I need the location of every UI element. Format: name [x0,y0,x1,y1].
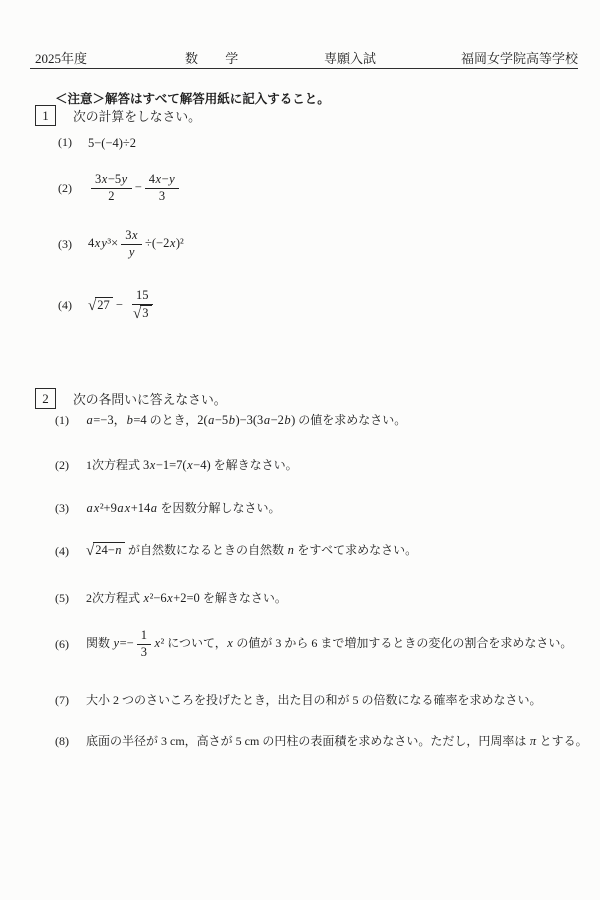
math-run: a=−3，b=4 [86,413,147,427]
text-run: 2次方程式 [86,591,143,605]
section-1-title: 次の計算をしなさい。 [73,106,201,125]
fraction-denominator: √3 [129,305,155,325]
problem-label: (3) [58,236,88,253]
sqrt-expression: √27 [88,298,113,312]
problem-expression: 5−(−4)÷2 [88,134,136,152]
text-run: 1次方程式 [86,458,143,472]
fraction: 4x−y3 [145,171,179,206]
exam-paper-page: 2025年度 数 学 専願入試 福岡女学院高等学校 ＜注意＞解答はすべて解答用紙… [0,0,600,900]
math-run: 2(a−5b)−3(3a−2b) [197,413,295,427]
section-2-heading: 2 次の各問いに答えなさい。 [35,388,227,409]
problem-row: (8)底面の半径が 3 cm，高さが 5 cm の円柱の表面積を求めなさい。ただ… [55,732,592,750]
fraction: 3xy [121,227,142,262]
math-run: y [128,245,135,259]
problem-label: (8) [55,733,86,750]
problem-expression: √24−n が自然数になるときの自然数 n をすべて求めなさい。 [86,541,417,563]
text-run: の値を求めなさい。 [295,413,406,427]
problem-expression: 底面の半径が 3 cm，高さが 5 cm の円柱の表面積を求めなさい。ただし，円… [86,732,588,750]
text-run: 大小 2 つのさいころを投げたとき，出た目の和が 5 の倍数になる確率を求めなさ… [86,693,542,707]
math-run: 3 [141,645,147,659]
math-run: π [529,734,536,748]
problem-label: (2) [58,180,88,197]
fraction-numerator: 4x−y [145,171,179,189]
radicand: 27 [95,297,113,312]
exam-header: 2025年度 数 学 専願入試 福岡女学院高等学校 [30,50,578,69]
problem-label: (3) [55,500,86,517]
math-run: 5−(−4)÷2 [88,136,136,150]
math-run: 1 [141,628,147,642]
problem-row: (1)a=−3，b=4 のとき，2(a−5b)−3(3a−2b) の値を求めなさ… [55,411,592,429]
problem-expression: 1次方程式 3x−1=7(x−4) を解きなさい。 [86,456,298,474]
problem-row: (4)√24−n が自然数になるときの自然数 n をすべて求めなさい。 [55,541,592,563]
problem-row: (5)2次方程式 x²−6x+2=0 を解きなさい。 [55,589,592,607]
fraction-numerator: 15 [132,287,153,305]
school-name: 福岡女学院高等学校 [461,48,578,67]
text-run: のとき， [147,413,198,427]
text-run: とする。 [537,734,588,748]
problem-row: (1)5−(−4)÷2 [58,134,592,152]
fraction: 13 [137,627,151,662]
math-run: 2 [108,189,114,203]
math-run: ax²+9ax+14a [86,501,158,515]
problem-expression: 4xy³×3xy÷(−2x)² [88,227,184,262]
math-run: 3x−5y [95,172,128,186]
section-1-number-box: 1 [35,105,56,126]
problem-label: (1) [55,412,86,429]
math-run: − [113,298,126,312]
sqrt-expression: √24−n [86,543,125,557]
problem-label: (1) [58,134,88,151]
fraction-denominator: 2 [104,189,118,206]
math-run: − [135,180,142,194]
problem-expression: ax²+9ax+14a を因数分解しなさい。 [86,499,281,517]
fraction: 3x−5y2 [91,171,132,206]
math-run: 3x [125,228,138,242]
problem-expression: 2次方程式 x²−6x+2=0 を解きなさい。 [86,589,287,607]
exam-year: 2025年度 [35,48,87,67]
problem-label: (4) [58,297,88,314]
text-run: を解きなさい。 [211,458,298,472]
exam-type: 専願入試 [324,48,376,67]
text-run: が自然数になるときの自然数 [125,543,287,557]
problem-expression: a=−3，b=4 のとき，2(a−5b)−3(3a−2b) の値を求めなさい。 [86,411,406,429]
fraction-denominator: 3 [137,645,151,662]
problem-label: (4) [55,543,86,560]
problem-expression: 関数 y=−13x² について，x の値が 3 から 6 まで増加するときの変化… [86,627,572,662]
problem-label: (6) [55,636,86,653]
text-run: をすべて求めなさい。 [294,543,417,557]
section-1-heading: 1 次の計算をしなさい。 [35,105,201,126]
problem-row: (3)ax²+9ax+14a を因数分解しなさい。 [55,499,592,517]
problem-label: (5) [55,590,86,607]
problem-row: (3)4xy³×3xy÷(−2x)² [58,227,592,262]
problem-label: (2) [55,457,86,474]
text-run: を因数分解しなさい。 [158,501,281,515]
section-2-number-box: 2 [35,388,56,409]
fraction-numerator: 3x−5y [91,171,132,189]
problem-row: (7)大小 2 つのさいころを投げたとき，出た目の和が 5 の倍数になる確率を求… [55,691,592,709]
math-run: x² [154,636,164,650]
math-run: 15 [136,288,149,302]
text-run: 関数 [86,636,113,650]
fraction-numerator: 3x [121,227,142,245]
problem-row: (4)√27 − 15√3 [58,287,592,324]
section-2-title: 次の各問いに答えなさい。 [73,389,227,408]
math-run: 3 [159,189,165,203]
math-run: 3x−1=7(x−4) [143,458,211,472]
text-run: を解きなさい。 [200,591,287,605]
problem-row: (6)関数 y=−13x² について，x の値が 3 から 6 まで増加するとき… [55,627,592,662]
fraction: 15√3 [129,287,155,324]
fraction-denominator: 3 [155,189,169,206]
text-run: について， [164,636,227,650]
math-run: x²−6x+2=0 [143,591,200,605]
fraction-numerator: 1 [137,627,151,645]
math-run: 4x−y [149,172,175,186]
math-run: ÷(−2x)² [145,236,184,250]
math-run: 4xy³× [88,236,118,250]
radicand: 3 [140,305,151,320]
exam-subject: 数 学 [185,48,245,67]
sqrt-expression: √3 [133,306,151,320]
problem-row: (2)1次方程式 3x−1=7(x−4) を解きなさい。 [55,456,592,474]
radicand: 24−n [93,542,125,557]
problem-expression: 大小 2 つのさいころを投げたとき，出た目の和が 5 の倍数になる確率を求めなさ… [86,691,542,709]
problem-expression: 3x−5y2−4x−y3 [88,171,182,206]
problem-label: (7) [55,692,86,709]
problem-expression: √27 − 15√3 [88,287,159,324]
problem-row: (2)3x−5y2−4x−y3 [58,171,592,206]
text-run: 底面の半径が 3 cm，高さが 5 cm の円柱の表面積を求めなさい。ただし，円… [86,734,529,748]
fraction-denominator: y [124,245,139,262]
text-run: の値が 3 から 6 まで増加するときの変化の割合を求めなさい。 [233,636,572,650]
math-run: y=− [113,636,134,650]
